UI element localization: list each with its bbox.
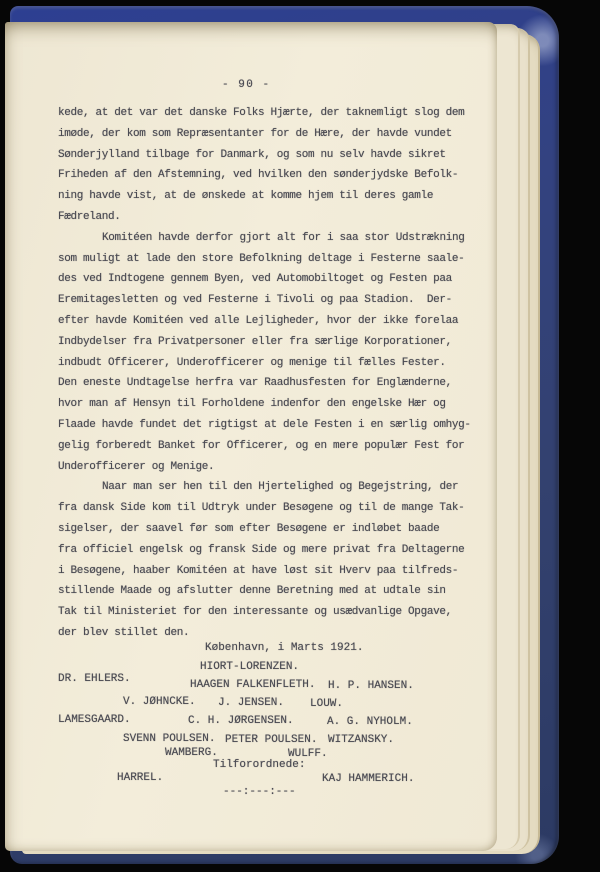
signature-v-johncke: V. JØHNCKE. [123, 696, 196, 708]
body-paragraph: Naar man ser hen til den Hjertelighed og… [58, 477, 488, 643]
dateline: København, i Marts 1921. [205, 642, 363, 654]
text-line: imøde, der kom som Repræsentanter for de… [58, 124, 488, 145]
signature-a-g-nyholm: A. G. NYHOLM. [327, 716, 413, 728]
signature-c-h-jorgensen: C. H. JØRGENSEN. [188, 715, 294, 727]
text-line: Underofficerer og Menige. [58, 457, 488, 478]
signature-peter-poulsen: PETER POULSEN. [225, 734, 317, 746]
text-line: ning havde vist, at de ønskede at komme … [58, 186, 488, 207]
text-line: Sønderjylland tilbage for Danmark, og so… [58, 145, 488, 166]
section-divider: ---:---:--- [223, 786, 296, 798]
signature-j-jensen: J. JENSEN. [218, 697, 284, 709]
text-line: sigelser, der saavel før som efter Besøg… [58, 519, 488, 540]
document-page: - 90 - kede, at det var det danske Folks… [5, 22, 497, 851]
text-line: der blev stillet den. [58, 623, 488, 644]
text-line: Eremitagesletten og ved Festerne i Tivol… [58, 290, 488, 311]
text-line: hvor man af Hensyn til Forholdene indenf… [58, 394, 488, 415]
signature-haagen-falkenfleth: HAAGEN FALKENFLETH. [190, 679, 315, 691]
page-number: - 90 - [222, 79, 271, 91]
text-line: i Besøgene, haaber Komitéen at have løst… [58, 561, 488, 582]
signature-lamesgaard: LAMESGAARD. [58, 714, 131, 726]
text-line: kede, at det var det danske Folks Hjærte… [58, 103, 488, 124]
tilforordnede-label: Tilforordnede: [213, 759, 305, 771]
signature-h-p-hansen: H. P. HANSEN. [328, 680, 414, 692]
body-paragraph: kede, at det var det danske Folks Hjærte… [58, 103, 488, 228]
scanned-book-photo: - 90 - kede, at det var det danske Folks… [0, 0, 600, 872]
text-line: fra dansk Side kom til Udtryk under Besø… [58, 498, 488, 519]
text-line: stillende Maade og afslutter denne Beret… [58, 581, 488, 602]
text-line: Tak til Ministeriet for den interessante… [58, 602, 488, 623]
text-line: des ved Indtogene gennem Byen, ved Autom… [58, 269, 488, 290]
text-line: Naar man ser hen til den Hjertelighed og… [58, 477, 488, 498]
text-line: som muligt at lade den store Befolkning … [58, 249, 488, 270]
signature-dr-ehlers: DR. EHLERS. [58, 673, 131, 685]
signature-wamberg: WAMBERG. [165, 747, 218, 759]
signature-louw: LOUW. [310, 698, 343, 710]
body-text: kede, at det var det danske Folks Hjærte… [58, 103, 488, 644]
text-line: gelig forberedt Banket for Officerer, og… [58, 436, 488, 457]
signature-harrel: HARREL. [117, 772, 163, 784]
text-line: Komitéen havde derfor gjort alt for i sa… [58, 228, 488, 249]
text-line: indbudt Officerer, Underofficerer og men… [58, 353, 488, 374]
signature-kaj-hammerich: KAJ HAMMERICH. [322, 773, 414, 785]
signature-hiort-lorenzen: HIORT-LORENZEN. [200, 661, 299, 673]
body-paragraph: Komitéen havde derfor gjort alt for i sa… [58, 228, 488, 478]
signature-svenn-poulsen: SVENN POULSEN. [123, 733, 215, 745]
text-line: fra officiel engelsk og fransk Side og m… [58, 540, 488, 561]
text-line: Den eneste Undtagelse herfra var Raadhus… [58, 373, 488, 394]
text-line: Friheden af den Afstemning, ved hvilken … [58, 165, 488, 186]
text-line: Indbydelser fra Privatpersoner eller fra… [58, 332, 488, 353]
text-line: Flaade havde fundet det rigtigst at dele… [58, 415, 488, 436]
text-line: efter havde Komitéen ved alle Lejlighede… [58, 311, 488, 332]
signature-witzansky: WITZANSKY. [328, 734, 394, 746]
text-line: Fædreland. [58, 207, 488, 228]
